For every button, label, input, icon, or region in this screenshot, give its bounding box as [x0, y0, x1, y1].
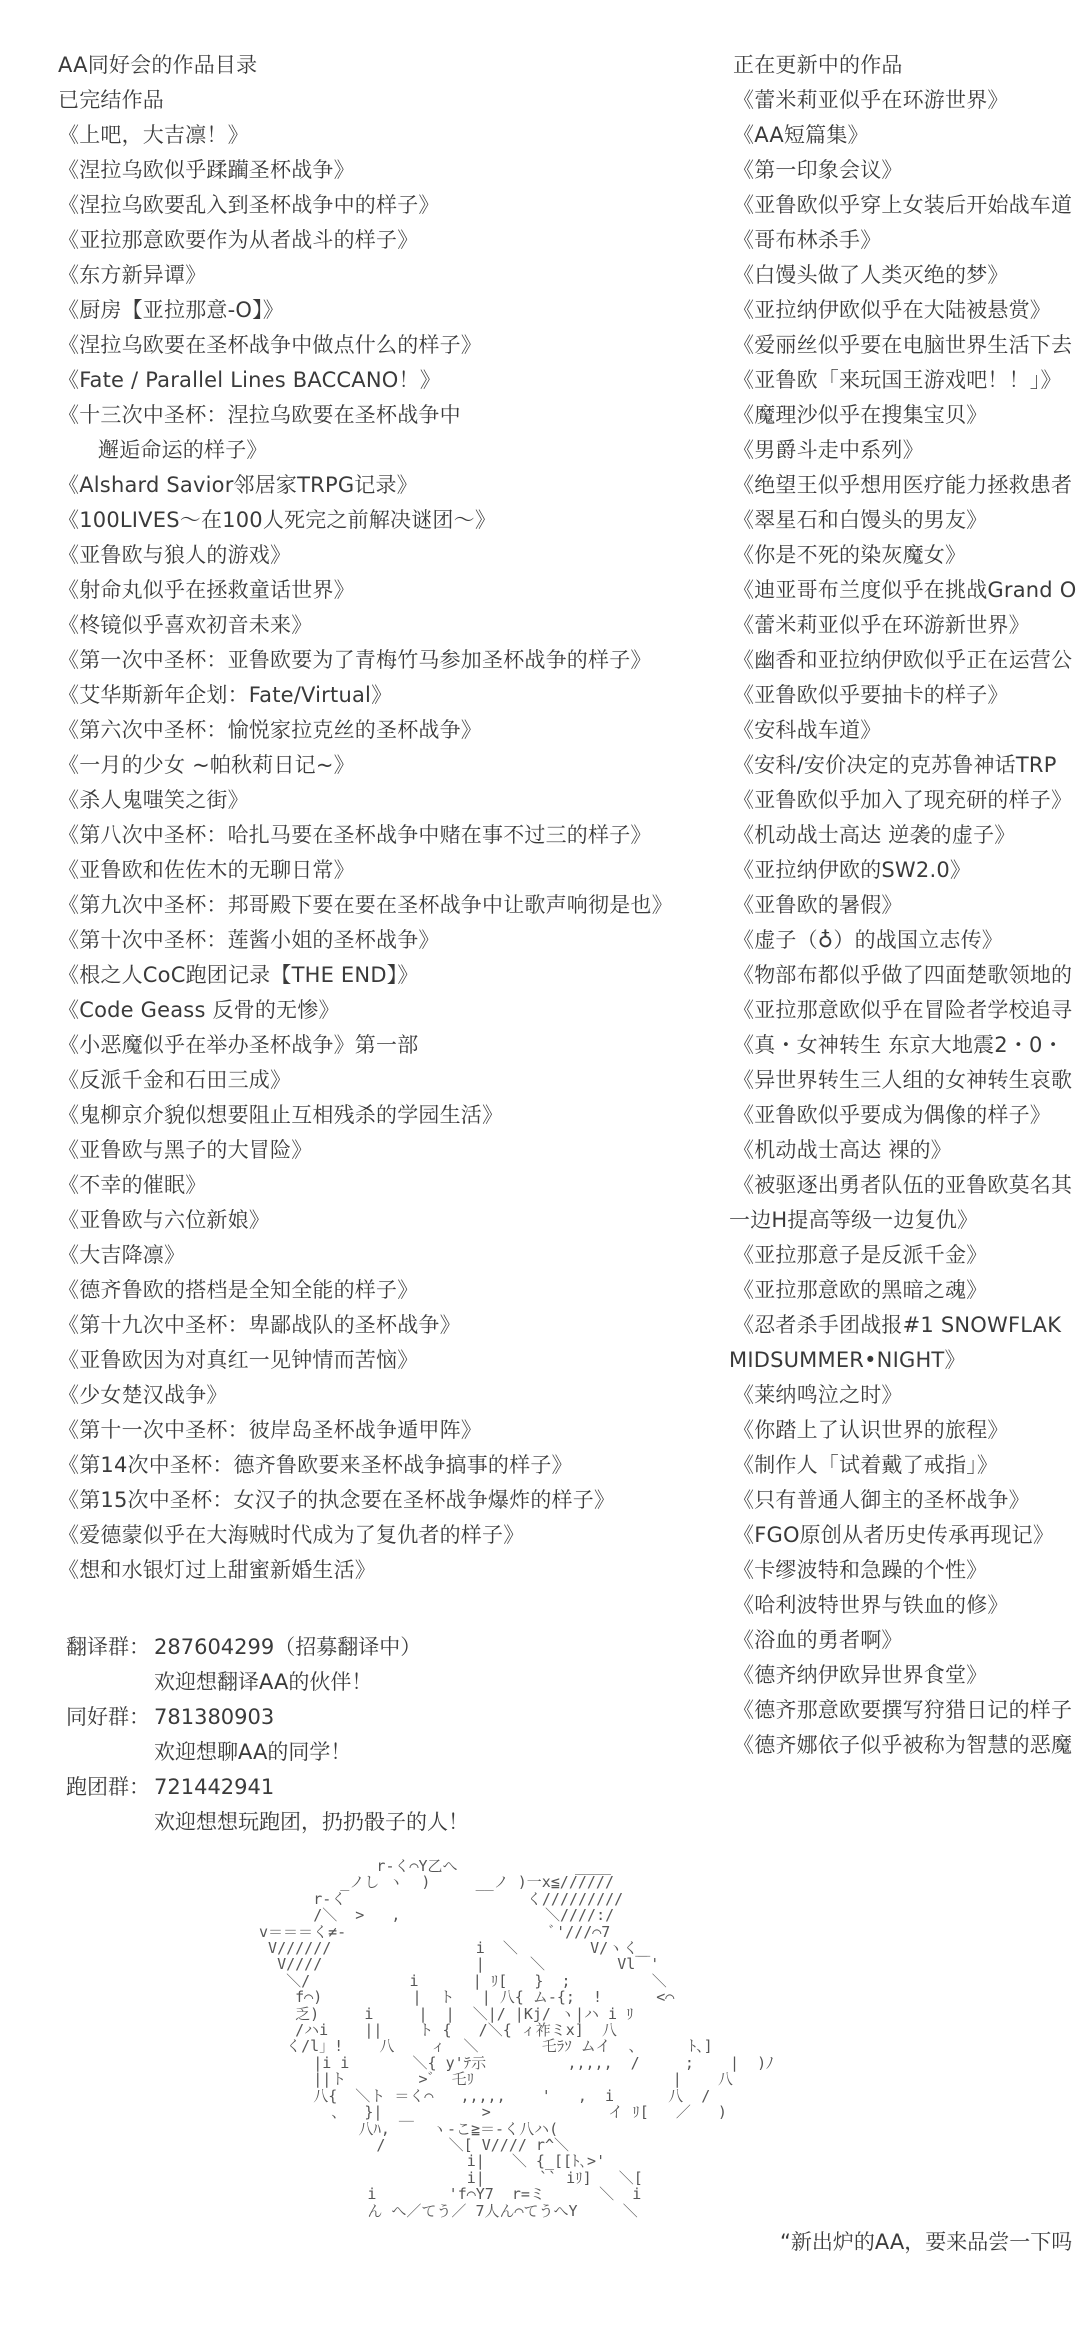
work-title-item: 《柊镜似乎喜欢初音未来》 [58, 608, 718, 643]
work-title-item: 《迪亚哥布兰度似乎在挑战Grand O [733, 573, 1080, 608]
group-note: 欢迎想翻译AA的伙伴！ [66, 1665, 469, 1700]
work-title-item: 《德齐娜依子似乎被称为智慧的恶魔 [733, 1728, 1080, 1763]
work-title-item: 《亚拉纳伊欧的SW2.0》 [733, 853, 1080, 888]
work-title-item: 《蕾米莉亚似乎在环游世界》 [733, 83, 1080, 118]
work-title-item: 《第14次中圣杯：德齐鲁欧要来圣杯战争搞事的样子》 [58, 1448, 718, 1483]
group-contacts: 翻译群： 287604299（招募翻译中） 欢迎想翻译AA的伙伴！ 同好群： 7… [66, 1630, 469, 1840]
work-title-item: 《亚鲁欧似乎要抽卡的样子》 [733, 678, 1080, 713]
work-title-item: 《亚鲁欧与黑子的大冒险》 [58, 1133, 718, 1168]
work-title-item: 《AA短篇集》 [733, 118, 1080, 153]
work-title-item: 《卡缪波特和急躁的个性》 [733, 1553, 1080, 1588]
work-title-item: 《莱纳鸣泣之时》 [733, 1378, 1080, 1413]
work-title-item: 《机动战士高达 逆袭的虚子》 [733, 818, 1080, 853]
caption-text: “新出炉的AA，要来品尝一下吗 [780, 2227, 1072, 2257]
work-title-item: 《上吧，大吉凛！》 [58, 118, 718, 153]
work-title-item: 《爱德蒙似乎在大海贼时代成为了复仇者的样子》 [58, 1518, 718, 1553]
work-title-item: 《翠星石和白馒头的男友》 [733, 503, 1080, 538]
work-title-item: 《100LIVES～在100人死完之前解决谜团～》 [58, 503, 718, 538]
trpg-group: 跑团群： 721442941 [66, 1770, 469, 1805]
work-title-item: 《制作人「试着戴了戒指」》 [733, 1448, 1080, 1483]
work-title-item: 《FGO原创从者历史传承再现记》 [733, 1518, 1080, 1553]
group-label: 跑团群： [66, 1770, 154, 1805]
translation-group: 翻译群： 287604299（招募翻译中） [66, 1630, 469, 1665]
ongoing-column: 正在更新中的作品 《蕾米莉亚似乎在环游世界》《AA短篇集》《第一印象会议》《亚鲁… [733, 48, 1080, 1763]
work-title-item: 《十三次中圣杯：涅拉乌欧要在圣杯战争中 [58, 398, 718, 433]
work-title-item: 邂逅命运的样子》 [58, 433, 718, 468]
work-title-item: 《亚拉那意欧要作为从者战斗的样子》 [58, 223, 718, 258]
work-title-item: 《杀人鬼嗤笑之街》 [58, 783, 718, 818]
work-title-item: 《第九次中圣杯：邦哥殿下要在要在圣杯战争中让歌声响彻是也》 [58, 888, 718, 923]
work-title-item: 《厨房【亚拉那意-O】》 [58, 293, 718, 328]
work-title-item: 《德齐那意欧要撰写狩猎日记的样子 [733, 1693, 1080, 1728]
work-title-item: 《忍者杀手团战报#1 SNOWFLAK [733, 1308, 1080, 1343]
work-title-item: 《亚拉那意欧的黑暗之魂》 [733, 1273, 1080, 1308]
work-title-item: 《亚鲁欧与六位新娘》 [58, 1203, 718, 1238]
work-title-item: 《第八次中圣杯：哈扎马要在圣杯战争中赌在事不过三的样子》 [58, 818, 718, 853]
work-title-item: 《只有普通人御主的圣杯战争》 [733, 1483, 1080, 1518]
work-title-item: 《异世界转生三人组的女神转生哀歌 [733, 1063, 1080, 1098]
work-title-item: 《安科战车道》 [733, 713, 1080, 748]
work-title-item: 《绝望王似乎想用医疗能力拯救患者 [733, 468, 1080, 503]
work-title-item: 《亚鲁欧似乎加入了现充研的样子》 [733, 783, 1080, 818]
work-title-item: MIDSUMMER•NIGHT》 [729, 1343, 1080, 1378]
group-number: 721442941 [154, 1770, 274, 1805]
group-label: 翻译群： [66, 1630, 154, 1665]
work-title-item: 《小恶魔似乎在举办圣杯战争》第一部 [58, 1028, 718, 1063]
work-title-item: 《德齐纳伊欧异世界食堂》 [733, 1658, 1080, 1693]
work-title-item: 《魔理沙似乎在搜集宝贝》 [733, 398, 1080, 433]
group-number: 287604299（招募翻译中） [154, 1630, 421, 1665]
work-title-item: 《白馒头做了人类灭绝的梦》 [733, 258, 1080, 293]
work-title-item: 《第十一次中圣杯：彼岸岛圣杯战争遁甲阵》 [58, 1413, 718, 1448]
work-title-item: 《虚子（♁）的战国立志传》 [733, 923, 1080, 958]
work-title-item: 《少女楚汉战争》 [58, 1378, 718, 1413]
work-title-item: 《根之人CoC跑团记录【THE END】》 [58, 958, 718, 993]
work-title-item: 《亚鲁欧与狼人的游戏》 [58, 538, 718, 573]
work-title-item: 《Alshard Savior邻居家TRPG记录》 [58, 468, 718, 503]
work-title-item: 《幽香和亚拉纳伊欧似乎正在运营公 [733, 643, 1080, 678]
work-title-item: 《亚鲁欧因为对真红一见钟情而苦恼》 [58, 1343, 718, 1378]
work-title-item: 《男爵斗走中系列》 [733, 433, 1080, 468]
work-title-item: 《真・女神转生 东京大地震2・0・ [733, 1028, 1080, 1063]
completed-column: AA同好会的作品目录 已完结作品 《上吧，大吉凛！》《涅拉乌欧似乎蹂躏圣杯战争》… [58, 48, 718, 1588]
work-title-item: 《机动战士高达 裸的》 [733, 1133, 1080, 1168]
work-title-item: 《不幸的催眠》 [58, 1168, 718, 1203]
work-title-item: 《第15次中圣杯：女汉子的执念要在圣杯战争爆炸的样子》 [58, 1483, 718, 1518]
work-title-item: 《浴血的勇者啊》 [733, 1623, 1080, 1658]
work-title-item: 《东方新异谭》 [58, 258, 718, 293]
work-title-item: 《反派千金和石田三成》 [58, 1063, 718, 1098]
work-title-item: 一边H提高等级一边复仇》 [729, 1203, 1080, 1238]
page-title: AA同好会的作品目录 [58, 48, 718, 83]
work-title-item: 《第一印象会议》 [733, 153, 1080, 188]
work-title-item: 《第一次中圣杯：亚鲁欧要为了青梅竹马参加圣杯战争的样子》 [58, 643, 718, 678]
completed-works-list: 《上吧，大吉凛！》《涅拉乌欧似乎蹂躏圣杯战争》《涅拉乌欧要乱入到圣杯战争中的样子… [58, 118, 718, 1588]
work-title-item: 《亚鲁欧的暑假》 [733, 888, 1080, 923]
group-label: 同好群： [66, 1700, 154, 1735]
work-title-item: 《第六次中圣杯：愉悦家拉克丝的圣杯战争》 [58, 713, 718, 748]
work-title-item: 《艾华斯新年企划：Fate/Virtual》 [58, 678, 718, 713]
fan-group: 同好群： 781380903 [66, 1700, 469, 1735]
group-note: 欢迎想聊AA的同学！ [66, 1735, 469, 1770]
work-title-item: 《想和水银灯过上甜蜜新婚生活》 [58, 1553, 718, 1588]
work-title-item: 《安科/安价决定的克苏鲁神话TRP [733, 748, 1080, 783]
completed-heading: 已完结作品 [58, 83, 718, 118]
work-title-item: 《第十九次中圣杯：卑鄙战队的圣杯战争》 [58, 1308, 718, 1343]
work-title-item: 《你是不死的染灰魔女》 [733, 538, 1080, 573]
work-title-item: 《爱丽丝似乎要在电脑世界生活下去 [733, 328, 1080, 363]
work-title-item: 《一月的少女 ~帕秋莉日记~》 [58, 748, 718, 783]
work-title-item: 《亚鲁欧似乎要成为偶像的样子》 [733, 1098, 1080, 1133]
ongoing-heading: 正在更新中的作品 [733, 48, 1080, 83]
work-title-item: 《你踏上了认识世界的旅程》 [733, 1413, 1080, 1448]
work-title-item: 《物部布都似乎做了四面楚歌领地的 [733, 958, 1080, 993]
work-title-item: 《亚拉那意子是反派千金》 [733, 1238, 1080, 1273]
work-title-item: 《Fate / Parallel Lines BACCANO！》 [58, 363, 718, 398]
work-title-item: 《涅拉乌欧要乱入到圣杯战争中的样子》 [58, 188, 718, 223]
work-title-item: 《亚鲁欧和佐佐木的无聊日常》 [58, 853, 718, 888]
ongoing-works-list: 《蕾米莉亚似乎在环游世界》《AA短篇集》《第一印象会议》《亚鲁欧似乎穿上女装后开… [733, 83, 1080, 1763]
work-title-item: 《Code Geass 反骨的无惨》 [58, 993, 718, 1028]
ascii-art-illustration: r‐く⌒Y乙へ ____ _ノし ヽ ) __ノ )一x≦////// r‐く … [250, 1858, 774, 2219]
work-title-item: 《被驱逐出勇者队伍的亚鲁欧莫名其 [733, 1168, 1080, 1203]
work-title-item: 《亚拉纳伊欧似乎在大陆被悬赏》 [733, 293, 1080, 328]
work-title-item: 《亚鲁欧似乎穿上女装后开始战车道 [733, 188, 1080, 223]
group-note: 欢迎想想玩跑团，扔扔骰子的人！ [66, 1805, 469, 1840]
work-title-item: 《第十次中圣杯：莲酱小姐的圣杯战争》 [58, 923, 718, 958]
group-number: 781380903 [154, 1700, 274, 1735]
work-title-item: 《哈利波特世界与铁血的修》 [733, 1588, 1080, 1623]
work-title-item: 《亚鲁欧「来玩国王游戏吧！！」》 [733, 363, 1080, 398]
work-title-item: 《德齐鲁欧的搭档是全知全能的样子》 [58, 1273, 718, 1308]
work-title-item: 《大吉降凛》 [58, 1238, 718, 1273]
work-title-item: 《亚拉那意欧似乎在冒险者学校追寻 [733, 993, 1080, 1028]
work-title-item: 《涅拉乌欧似乎蹂躏圣杯战争》 [58, 153, 718, 188]
work-title-item: 《鬼柳京介貌似想要阻止互相残杀的学园生活》 [58, 1098, 718, 1133]
work-title-item: 《哥布林杀手》 [733, 223, 1080, 258]
work-title-item: 《涅拉乌欧要在圣杯战争中做点什么的样子》 [58, 328, 718, 363]
work-title-item: 《蕾米莉亚似乎在环游新世界》 [733, 608, 1080, 643]
work-title-item: 《射命丸似乎在拯救童话世界》 [58, 573, 718, 608]
